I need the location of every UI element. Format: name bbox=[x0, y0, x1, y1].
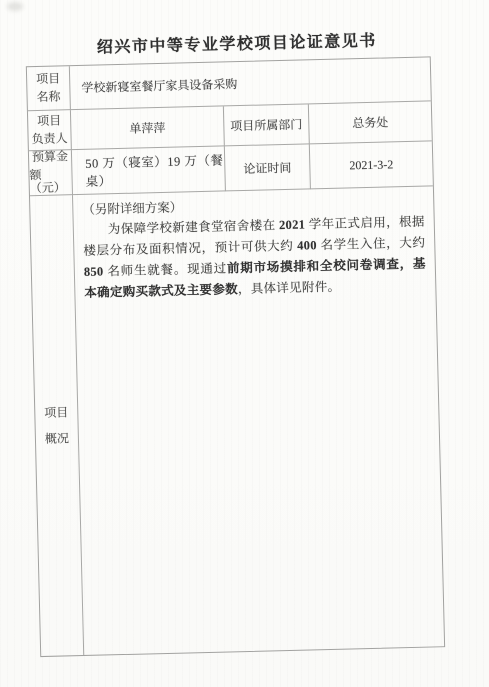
paragraph-segment: 为保障学校新建食堂宿舍楼在 bbox=[108, 218, 280, 236]
document-title: 绍兴市中等专业学校项目论证意见书 bbox=[0, 25, 482, 60]
label-line: 项目 bbox=[44, 406, 68, 420]
label-line: 名称 bbox=[36, 90, 60, 104]
budget-label: 预算金 额（元） bbox=[29, 150, 73, 196]
label-line: 项目 bbox=[36, 72, 60, 86]
project-name-label: 项目 名称 bbox=[27, 66, 71, 111]
label-line: 项目 bbox=[37, 114, 61, 128]
overview-cell: （另附详细方案） 为保障学校新建食堂宿舍楼在 2021 学年正式启用，根据楼层分… bbox=[73, 186, 444, 655]
paragraph-segment: ，具体详见附件。 bbox=[238, 280, 341, 296]
project-leader-value: 单萍萍 bbox=[71, 106, 225, 150]
review-time-label: 论证时间 bbox=[225, 144, 311, 191]
label-line: 概况 bbox=[45, 432, 69, 446]
overview-paragraph: 为保障学校新建食堂宿舍楼在 2021 学年正式启用，根据楼层分布及面积情况，预计… bbox=[83, 212, 427, 304]
paragraph-segment: 名学生入住，大约 bbox=[317, 236, 426, 253]
scanned-page: 绍兴市中等专业学校项目论证意见书 项目 名称 学校新寝室餐厅家具设备采购 项目 … bbox=[0, 0, 489, 687]
document: 绍兴市中等专业学校项目论证意见书 项目 名称 学校新寝室餐厅家具设备采购 项目 … bbox=[0, 0, 489, 687]
label-line: 预算金 bbox=[32, 150, 68, 164]
department-value: 总务处 bbox=[309, 101, 432, 144]
budget-value: 50 万（寝室）19 万（餐桌） bbox=[72, 146, 226, 195]
project-leader-label: 项目 负责人 bbox=[28, 110, 72, 151]
label-line: 负责人 bbox=[31, 132, 67, 146]
paragraph-segment: 850 bbox=[84, 264, 104, 278]
label-line: 额（元） bbox=[29, 168, 72, 195]
paragraph-segment: 400 bbox=[297, 238, 317, 252]
review-time-value: 2021-3-2 bbox=[310, 141, 433, 189]
form-table: 项目 名称 学校新寝室餐厅家具设备采购 项目 负责人 单萍萍 项目所属部门 总务… bbox=[26, 56, 445, 657]
department-label: 项目所属部门 bbox=[224, 104, 310, 146]
paragraph-segment: 名师生就餐。现通过 bbox=[103, 261, 227, 278]
paragraph-segment: 2021 bbox=[279, 217, 306, 232]
